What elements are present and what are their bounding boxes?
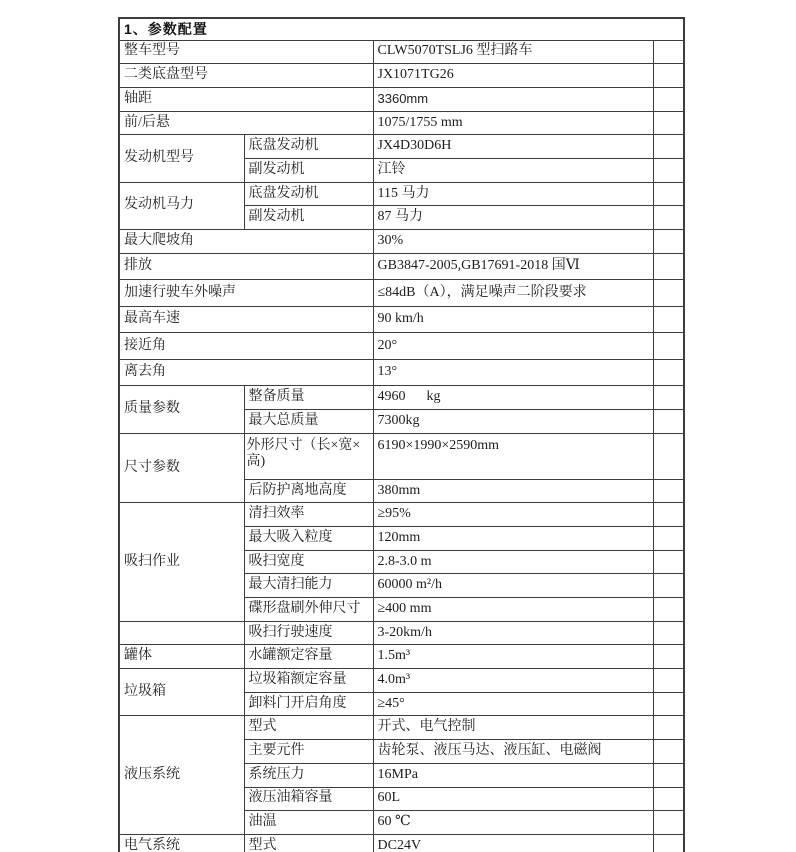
table-row: 发动机型号 底盘发动机 JX4D30D6H	[119, 135, 684, 159]
table-row: 吸扫作业 清扫效率 ≥95%	[119, 503, 684, 527]
row-sublabel: 最大总质量	[244, 409, 373, 433]
row-end-cell	[653, 763, 684, 787]
row-end-cell	[653, 230, 684, 254]
row-end-cell	[653, 598, 684, 622]
row-sublabel: 卸料门开启角度	[244, 692, 373, 716]
row-sublabel: 水罐额定容量	[244, 645, 373, 669]
row-end-cell	[653, 206, 684, 230]
row-label: 接近角	[119, 333, 373, 360]
row-end-cell	[653, 409, 684, 433]
spec-table: 1、参数配置 整车型号 CLW5070TSLJ6 型扫路车 二类底盘型号 JX1…	[118, 17, 685, 852]
row-end-cell	[653, 716, 684, 740]
table-row: 二类底盘型号 JX1071TG26	[119, 64, 684, 88]
table-row: 前/后悬 1075/1755 mm	[119, 111, 684, 135]
row-label: 整车型号	[119, 40, 373, 64]
table-row: 液压系统 型式 开式、电气控制	[119, 716, 684, 740]
row-value: ≤84dB（A），满足噪声二阶段要求	[373, 280, 653, 307]
row-value: 江铃	[373, 158, 653, 182]
row-sublabel: 外形尺寸（长×宽×高)	[244, 433, 373, 479]
table-row: 垃圾箱 垃圾箱额定容量 4.0m³	[119, 669, 684, 693]
row-end-cell	[653, 669, 684, 693]
row-sublabel: 最大吸入粒度	[244, 526, 373, 550]
row-end-cell	[653, 740, 684, 764]
row-value: 1.5m³	[373, 645, 653, 669]
row-end-cell	[653, 158, 684, 182]
row-end-cell	[653, 306, 684, 333]
row-end-cell	[653, 182, 684, 206]
row-sublabel: 系统压力	[244, 763, 373, 787]
row-sublabel: 吸扫行驶速度	[244, 621, 373, 645]
row-value: 齿轮泵、液压马达、液压缸、电磁阀	[373, 740, 653, 764]
row-value: 4960 kg	[373, 386, 653, 410]
table-row: 最大爬坡角 30%	[119, 230, 684, 254]
row-sublabel: 垃圾箱额定容量	[244, 669, 373, 693]
row-sublabel: 后防护离地高度	[244, 479, 373, 503]
table-row: 离去角 13°	[119, 359, 684, 386]
row-end-cell	[653, 645, 684, 669]
row-sublabel: 整备质量	[244, 386, 373, 410]
row-label: 最大爬坡角	[119, 230, 373, 254]
row-value: GB3847-2005,GB17691-2018 国Ⅵ	[373, 253, 653, 280]
row-value: 2.8-3.0 m	[373, 550, 653, 574]
row-end-cell	[653, 386, 684, 410]
row-end-cell	[653, 550, 684, 574]
row-end-cell	[653, 433, 684, 479]
table-row: 吸扫行驶速度 3-20km/h	[119, 621, 684, 645]
row-end-cell	[653, 503, 684, 527]
row-end-cell	[653, 359, 684, 386]
row-value: 380mm	[373, 479, 653, 503]
table-row: 接近角 20°	[119, 333, 684, 360]
row-end-cell	[653, 526, 684, 550]
row-sublabel: 清扫效率	[244, 503, 373, 527]
row-end-cell	[653, 333, 684, 360]
row-end-cell	[653, 787, 684, 811]
table-row: 整车型号 CLW5070TSLJ6 型扫路车	[119, 40, 684, 64]
row-value: DC24V	[373, 834, 653, 852]
row-end-cell	[653, 280, 684, 307]
row-value: ≥95%	[373, 503, 653, 527]
row-sublabel: 吸扫宽度	[244, 550, 373, 574]
row-sublabel: 副发动机	[244, 206, 373, 230]
row-value: 90 km/h	[373, 306, 653, 333]
table-row: 罐体 水罐额定容量 1.5m³	[119, 645, 684, 669]
row-end-cell	[653, 87, 684, 111]
row-end-cell	[653, 834, 684, 852]
row-label: 排放	[119, 253, 373, 280]
row-value: 13°	[373, 359, 653, 386]
row-end-cell	[653, 479, 684, 503]
row-value: 20°	[373, 333, 653, 360]
table-row: 发动机马力 底盘发动机 115 马力	[119, 182, 684, 206]
row-value: JX1071TG26	[373, 64, 653, 88]
row-end-cell	[653, 692, 684, 716]
group-label: 发动机马力	[119, 182, 244, 229]
row-end-cell	[653, 621, 684, 645]
group-label: 罐体	[119, 645, 244, 669]
row-value: 60000 m²/h	[373, 574, 653, 598]
group-label: 尺寸参数	[119, 433, 244, 503]
row-sublabel: 液压油箱容量	[244, 787, 373, 811]
row-value: 60L	[373, 787, 653, 811]
row-sublabel: 底盘发动机	[244, 135, 373, 159]
row-label: 二类底盘型号	[119, 64, 373, 88]
row-sublabel: 碟形盘刷外伸尺寸	[244, 598, 373, 622]
group-label: 质量参数	[119, 386, 244, 433]
table-row: 电气系统 型式 DC24V	[119, 834, 684, 852]
row-sublabel: 最大清扫能力	[244, 574, 373, 598]
row-value: 30%	[373, 230, 653, 254]
row-end-cell	[653, 64, 684, 88]
row-value: ≥400 mm	[373, 598, 653, 622]
row-value: CLW5070TSLJ6 型扫路车	[373, 40, 653, 64]
table-row: 轴距 3360mm	[119, 87, 684, 111]
row-value: 115 马力	[373, 182, 653, 206]
table-row: 排放 GB3847-2005,GB17691-2018 国Ⅵ	[119, 253, 684, 280]
row-value: 4.0m³	[373, 669, 653, 693]
table-row: 加速行驶车外噪声 ≤84dB（A），满足噪声二阶段要求	[119, 280, 684, 307]
row-end-cell	[653, 135, 684, 159]
row-label: 轴距	[119, 87, 373, 111]
row-sublabel: 油温	[244, 811, 373, 835]
table-row: 质量参数 整备质量 4960 kg	[119, 386, 684, 410]
row-value: 87 马力	[373, 206, 653, 230]
row-value: 7300kg	[373, 409, 653, 433]
row-value: 120mm	[373, 526, 653, 550]
row-value: ≥45°	[373, 692, 653, 716]
row-label: 最高车速	[119, 306, 373, 333]
row-value: 3-20km/h	[373, 621, 653, 645]
group-label: 液压系统	[119, 716, 244, 834]
group-label: 电气系统	[119, 834, 244, 852]
row-sublabel: 型式	[244, 716, 373, 740]
row-value: 开式、电气控制	[373, 716, 653, 740]
row-label: 离去角	[119, 359, 373, 386]
row-sublabel: 副发动机	[244, 158, 373, 182]
table-row: 尺寸参数 外形尺寸（长×宽×高) 6190×1990×2590mm	[119, 433, 684, 479]
row-value: 16MPa	[373, 763, 653, 787]
row-value: 3360mm	[373, 87, 653, 111]
table-row: 最高车速 90 km/h	[119, 306, 684, 333]
row-value: 6190×1990×2590mm	[373, 433, 653, 479]
row-end-cell	[653, 574, 684, 598]
table-row: 1、参数配置	[119, 18, 684, 40]
row-label: 加速行驶车外噪声	[119, 280, 373, 307]
group-label	[119, 621, 244, 645]
row-end-cell	[653, 811, 684, 835]
row-value: 1075/1755 mm	[373, 111, 653, 135]
row-value: 60 ℃	[373, 811, 653, 835]
row-end-cell	[653, 253, 684, 280]
group-label: 发动机型号	[119, 135, 244, 182]
group-label: 吸扫作业	[119, 503, 244, 621]
row-sublabel: 型式	[244, 834, 373, 852]
group-label: 垃圾箱	[119, 669, 244, 716]
row-end-cell	[653, 40, 684, 64]
section-title: 1、参数配置	[119, 18, 684, 40]
row-sublabel: 主要元件	[244, 740, 373, 764]
row-sublabel: 底盘发动机	[244, 182, 373, 206]
row-end-cell	[653, 111, 684, 135]
row-value: JX4D30D6H	[373, 135, 653, 159]
row-label: 前/后悬	[119, 111, 373, 135]
